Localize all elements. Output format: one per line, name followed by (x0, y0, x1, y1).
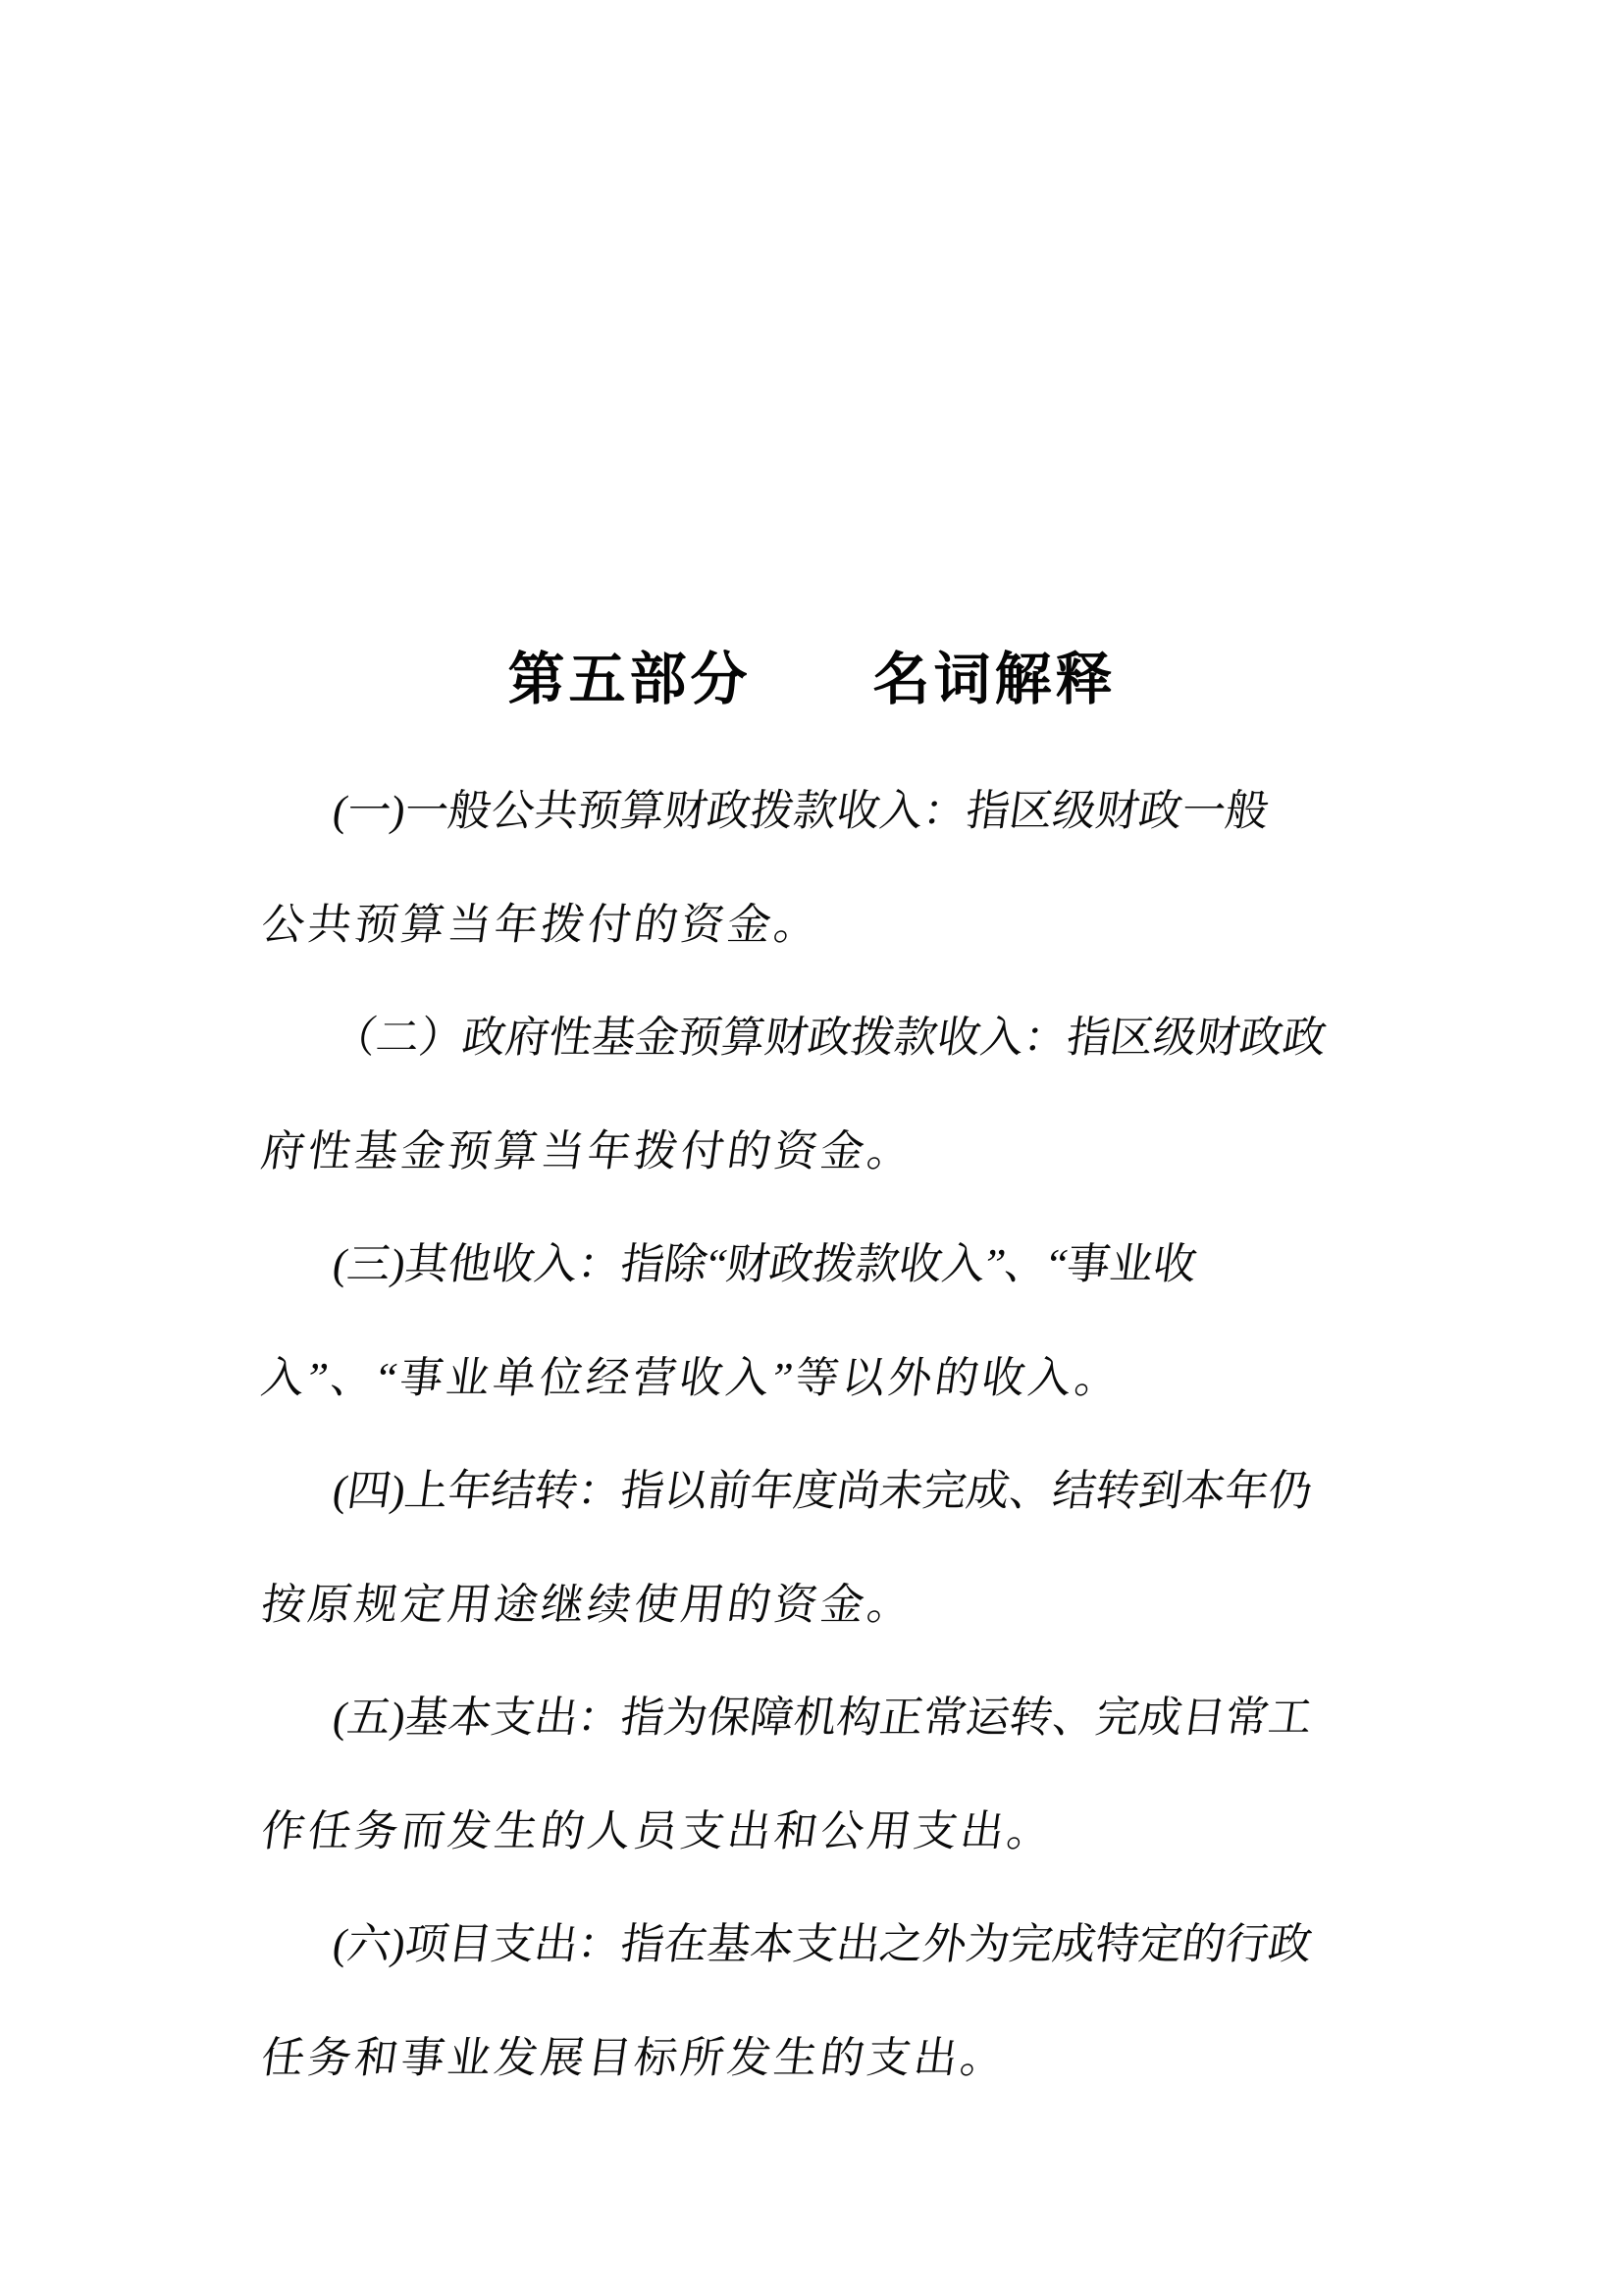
paragraph-other-income: (三)其他收入：指除“财政拨款收入”、“事业收 入”、“事业单位经营收入”等以外… (257, 1208, 1309, 1435)
text-line: （二）政府性基金预算财政拨款收入：指区级财政政 (253, 981, 1321, 1095)
text-line: 公共预算当年拨付的资金。 (253, 868, 1321, 982)
paragraph-prior-year-carryover: (四)上年结转：指以前年度尚未完成、结转到本年仍 按原规定用途继续使用的资金。 (257, 1435, 1309, 1661)
text-line: (五)基本支出：指为保障机构正常运转、完成日常工 (253, 1661, 1321, 1775)
text-line: 按原规定用途继续使用的资金。 (253, 1548, 1321, 1662)
text-line: (四)上年结转：指以前年度尚未完成、结转到本年仍 (253, 1435, 1321, 1548)
text-line: 府性基金预算当年拨付的资金。 (253, 1095, 1321, 1209)
paragraph-basic-expenditure: (五)基本支出：指为保障机构正常运转、完成日常工 作任务而发生的人员支出和公用支… (257, 1661, 1309, 1888)
text-line: 任务和事业发展目标所发生的支出。 (253, 2002, 1321, 2115)
text-line: 入”、“事业单位经营收入”等以外的收入。 (253, 1322, 1321, 1435)
text-line: (六)项目支出：指在基本支出之外为完成特定的行政 (253, 1888, 1321, 2002)
document-page: 第五部分 名词解释 (一)一般公共预算财政拨款收入：指区级财政一般 公共预算当年… (0, 0, 1624, 2296)
text-line: (一)一般公共预算财政拨款收入：指区级财政一般 (253, 755, 1321, 868)
text-line: 作任务而发生的人员支出和公用支出。 (253, 1775, 1321, 1889)
paragraph-government-fund-budget-income: （二）政府性基金预算财政拨款收入：指区级财政政 府性基金预算当年拨付的资金。 (257, 981, 1309, 1208)
paragraph-general-public-budget-income: (一)一般公共预算财政拨款收入：指区级财政一般 公共预算当年拨付的资金。 (257, 755, 1309, 981)
section-title: 第五部分 名词解释 (0, 631, 1624, 729)
paragraph-project-expenditure: (六)项目支出：指在基本支出之外为完成特定的行政 任务和事业发展目标所发生的支出… (257, 1888, 1309, 2114)
text-line: (三)其他收入：指除“财政拨款收入”、“事业收 (253, 1208, 1321, 1322)
document-body: (一)一般公共预算财政拨款收入：指区级财政一般 公共预算当年拨付的资金。 （二）… (257, 755, 1309, 2114)
